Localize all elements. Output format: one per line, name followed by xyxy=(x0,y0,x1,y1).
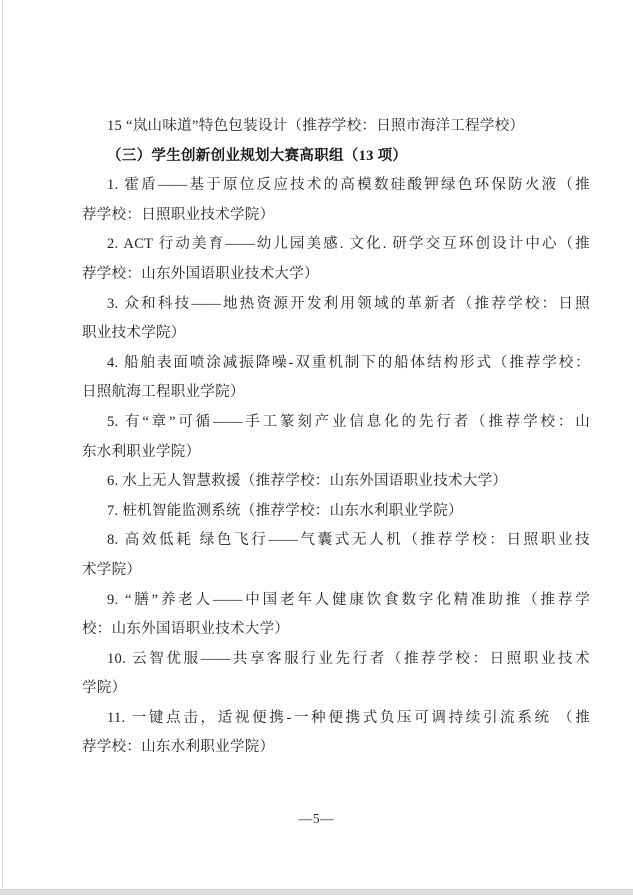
text-line: （三）学生创新创业规划大赛高职组（13 项） xyxy=(82,142,590,172)
text-line: 4. 船舶表面喷涂减振降噪-双重机制下的船体结构形式（推荐学校： xyxy=(82,349,590,379)
text-line: 3. 众和科技——地热资源开发利用领域的革新者（推荐学校：日照 xyxy=(82,290,590,320)
text-line: 荐学校：山东外国语职业技术大学） xyxy=(82,260,590,290)
text-line: 10. 云智优服——共享客服行业先行者（推荐学校：日照职业技术 xyxy=(82,645,590,675)
text-line: 职业技术学院） xyxy=(82,319,590,349)
text-line: 学院） xyxy=(82,674,590,704)
section-heading: （三）学生创新创业规划大赛高职组（13 项） xyxy=(82,142,590,172)
item-15: 15 “岚山味道”特色包装设计（推荐学校：日照市海洋工程学校） xyxy=(82,112,590,142)
page-number: —5— xyxy=(0,804,633,834)
item-1: 1. 霍盾——基于原位反应技术的高模数硅酸钾绿色环保防火液（推荐学校：日照职业技… xyxy=(82,171,590,230)
item-3: 3. 众和科技——地热资源开发利用领域的革新者（推荐学校：日照职业技术学院） xyxy=(82,290,590,349)
text-line: 11. 一键点击，适视便携-一种便携式负压可调持续引流系统 （推 xyxy=(82,704,590,734)
text-line: 15 “岚山味道”特色包装设计（推荐学校：日照市海洋工程学校） xyxy=(82,112,590,142)
document-page: 15 “岚山味道”特色包装设计（推荐学校：日照市海洋工程学校）（三）学生创新创业… xyxy=(0,0,633,895)
text-line: 荐学校：山东水利职业学院） xyxy=(82,733,590,763)
document-body: 15 “岚山味道”特色包装设计（推荐学校：日照市海洋工程学校）（三）学生创新创业… xyxy=(82,112,590,763)
item-10: 10. 云智优服——共享客服行业先行者（推荐学校：日照职业技术学院） xyxy=(82,645,590,704)
text-line: 术学院） xyxy=(82,556,590,586)
item-6: 6. 水上无人智慧救援（推荐学校：山东外国语职业技术大学） xyxy=(82,467,590,497)
text-line: 2. ACT 行动美育——幼儿园美感. 文化. 研学交互环创设计中心（推 xyxy=(82,230,590,260)
text-line: 东水利职业学院） xyxy=(82,438,590,468)
item-7: 7. 桩机智能监测系统（推荐学校：山东水利职业学院） xyxy=(82,497,590,527)
text-line: 1. 霍盾——基于原位反应技术的高模数硅酸钾绿色环保防火液（推 xyxy=(82,171,590,201)
item-8: 8. 高效低耗 绿色飞行——气囊式无人机（推荐学校：日照职业技术学院） xyxy=(82,526,590,585)
item-4: 4. 船舶表面喷涂减振降噪-双重机制下的船体结构形式（推荐学校：日照航海工程职业… xyxy=(82,349,590,408)
text-line: 日照航海工程职业学院） xyxy=(82,378,590,408)
text-line: 7. 桩机智能监测系统（推荐学校：山东水利职业学院） xyxy=(82,497,590,527)
text-line: 5. 有“章”可循——手工篆刻产业信息化的先行者（推荐学校：山 xyxy=(82,408,590,438)
text-line: 荐学校：日照职业技术学院） xyxy=(82,201,590,231)
item-11: 11. 一键点击，适视便携-一种便携式负压可调持续引流系统 （推荐学校：山东水利… xyxy=(82,704,590,763)
item-9: 9. “膳”养老人——中国老年人健康饮食数字化精准助推（推荐学校：山东外国语职业… xyxy=(82,586,590,645)
page-left-edge xyxy=(2,0,3,895)
text-line: 校：山东外国语职业技术大学） xyxy=(82,615,590,645)
text-line: 8. 高效低耗 绿色飞行——气囊式无人机（推荐学校：日照职业技 xyxy=(82,526,590,556)
text-line: 6. 水上无人智慧救援（推荐学校：山东外国语职业技术大学） xyxy=(82,467,590,497)
text-line: 9. “膳”养老人——中国老年人健康饮食数字化精准助推（推荐学 xyxy=(82,586,590,616)
page-bottom-edge xyxy=(0,889,633,895)
item-2: 2. ACT 行动美育——幼儿园美感. 文化. 研学交互环创设计中心（推荐学校：… xyxy=(82,230,590,289)
item-5: 5. 有“章”可循——手工篆刻产业信息化的先行者（推荐学校：山东水利职业学院） xyxy=(82,408,590,467)
